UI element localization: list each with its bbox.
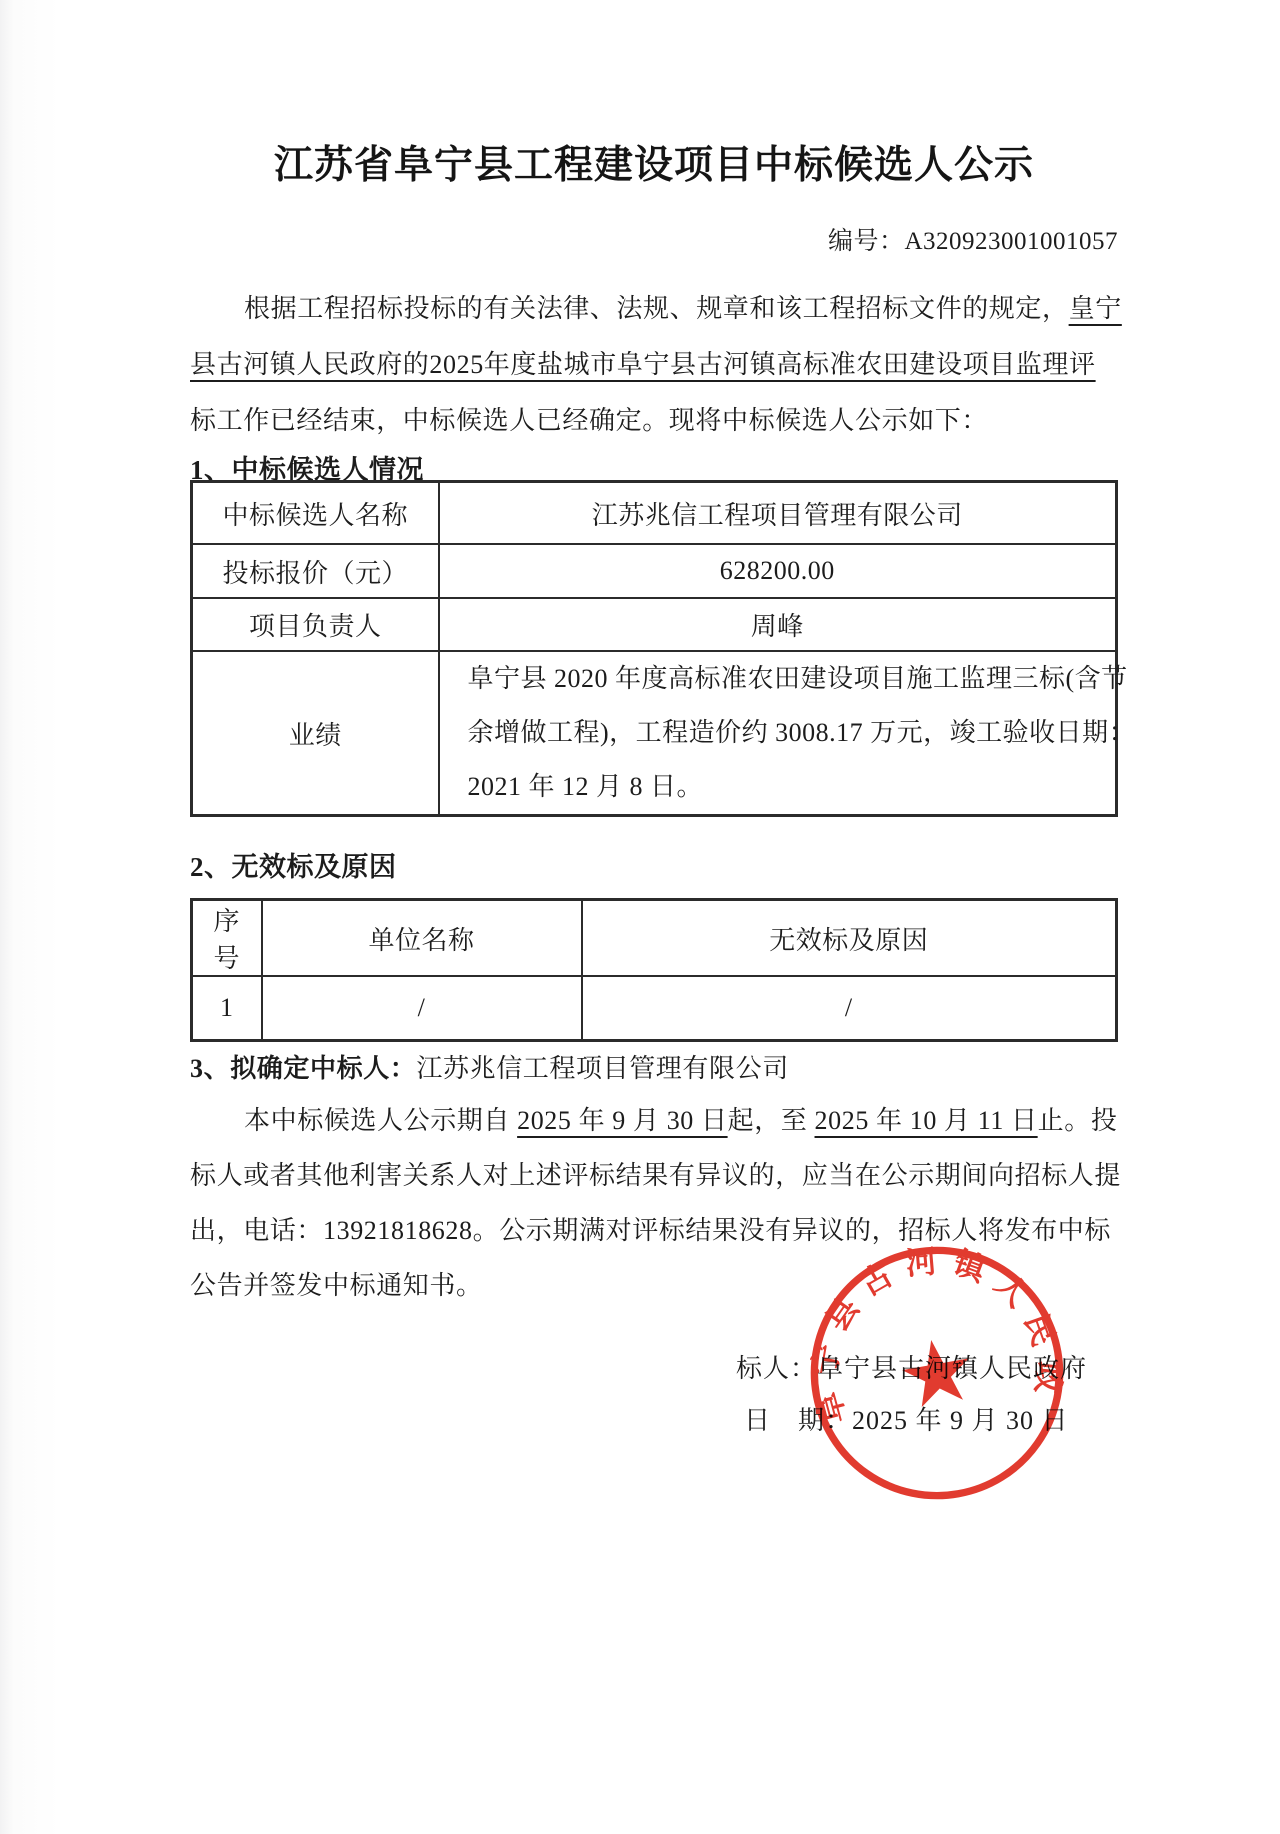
closing-start-date: 2025 年 9 月 30 日 bbox=[517, 1106, 728, 1135]
col-header-invalid-reason: 无效标及原因 bbox=[582, 900, 1117, 977]
candidate-table: 中标候选人名称 江苏兆信工程项目管理有限公司 投标报价（元） 628200.00… bbox=[190, 480, 1118, 817]
closing-line-1-c: 起，至 bbox=[728, 1106, 815, 1135]
section2-heading: 2、无效标及原因 bbox=[190, 845, 1118, 884]
intro-line-1-text: 根据工程招标投标的有关法律、法规、规章和该工程招标文件的规定， bbox=[244, 294, 1069, 323]
intro-line-1-underlined: 皇宁 bbox=[1069, 294, 1122, 323]
intro-line-3: 标工作已经结束，中标候选人已经确定。现将中标候选人公示如下： bbox=[190, 400, 1118, 437]
project-leader-label: 项目负责人 bbox=[192, 598, 439, 651]
closing-line-1-e: 止。投 bbox=[1038, 1106, 1118, 1135]
closing-end-date: 2025 年 10 月 11 日 bbox=[815, 1106, 1038, 1135]
candidate-name-value: 江苏兆信工程项目管理有限公司 bbox=[439, 482, 1117, 545]
col-header-unit-name: 单位名称 bbox=[262, 900, 582, 977]
section3-label: 3、拟确定中标人： bbox=[190, 1054, 416, 1083]
intro-line-3-text: 标工作已经结束，中标候选人已经确定。现将中标候选人公示如下： bbox=[190, 406, 988, 435]
performance-value: 阜宁县 2020 年度高标准农田建设项目施工监理三标(含节 余增做工程)，工程造… bbox=[439, 651, 1117, 816]
seal-arc-text-holder: 阜宁县古河镇人民政府 bbox=[806, 1242, 1068, 1455]
performance-line-2: 余增做工程)，工程造价约 3008.17 万元，竣工验收日期： bbox=[448, 706, 1108, 760]
official-red-seal: 阜宁县古河镇人民政府 bbox=[806, 1242, 1068, 1504]
bid-price-label: 投标报价（元） bbox=[192, 544, 439, 598]
seal-star-icon bbox=[898, 1334, 976, 1409]
performance-line-1: 阜宁县 2020 年度高标准农田建设项目施工监理三标(含节 bbox=[448, 652, 1108, 706]
table-header-row: 序号 单位名称 无效标及原因 bbox=[192, 900, 1117, 977]
invalid-bid-table: 序号 单位名称 无效标及原因 1 / / bbox=[190, 898, 1118, 1042]
row1-unit-name: / bbox=[262, 976, 582, 1041]
page-title: 江苏省阜宁县工程建设项目中标候选人公示 bbox=[190, 134, 1118, 190]
section3-winner-name: 江苏兆信工程项目管理有限公司 bbox=[416, 1054, 788, 1083]
intro-line-2-underlined: 县古河镇人民政府的2025年度盐城市阜宁县古河镇高标准农田建设项目监理评 bbox=[190, 350, 1096, 379]
row1-invalid-reason: / bbox=[582, 976, 1117, 1041]
project-leader-value: 周峰 bbox=[439, 598, 1117, 651]
table-row: 业绩 阜宁县 2020 年度高标准农田建设项目施工监理三标(含节 余增做工程)，… bbox=[192, 651, 1117, 816]
performance-line-3: 2021 年 12 月 8 日。 bbox=[448, 760, 1108, 814]
seal-arc-text: 阜宁县古河镇人民政府 bbox=[806, 1242, 1068, 1455]
closing-line-2: 标人或者其他利害关系人对上述评标结果有异议的，应当在公示期间向招标人提 bbox=[190, 1155, 1118, 1192]
section3-heading: 3、拟确定中标人：江苏兆信工程项目管理有限公司 bbox=[190, 1048, 1118, 1085]
bid-price-value: 628200.00 bbox=[439, 544, 1117, 598]
table-row: 投标报价（元） 628200.00 bbox=[192, 544, 1117, 598]
row1-index: 1 bbox=[192, 976, 262, 1041]
intro-line-1: 根据工程招标投标的有关法律、法规、规章和该工程招标文件的规定，皇宁 bbox=[190, 288, 1172, 325]
candidate-name-label: 中标候选人名称 bbox=[192, 482, 439, 545]
col-header-index: 序号 bbox=[192, 900, 262, 977]
closing-line-1: 本中标候选人公示期自 2025 年 9 月 30 日起，至 2025 年 10 … bbox=[190, 1100, 1172, 1137]
closing-line-1-a: 本中标候选人公示期自 bbox=[244, 1106, 517, 1135]
intro-line-2: 县古河镇人民政府的2025年度盐城市阜宁县古河镇高标准农田建设项目监理评 bbox=[190, 344, 1118, 381]
performance-label: 业绩 bbox=[192, 651, 439, 816]
scanned-document-page: 江苏省阜宁县工程建设项目中标候选人公示 编号：A320923001001057 … bbox=[0, 0, 1280, 1834]
table-row: 中标候选人名称 江苏兆信工程项目管理有限公司 bbox=[192, 482, 1117, 545]
doc-number: 编号：A320923001001057 bbox=[190, 221, 1118, 257]
table-row: 项目负责人 周峰 bbox=[192, 598, 1117, 651]
table-row: 1 / / bbox=[192, 976, 1117, 1041]
